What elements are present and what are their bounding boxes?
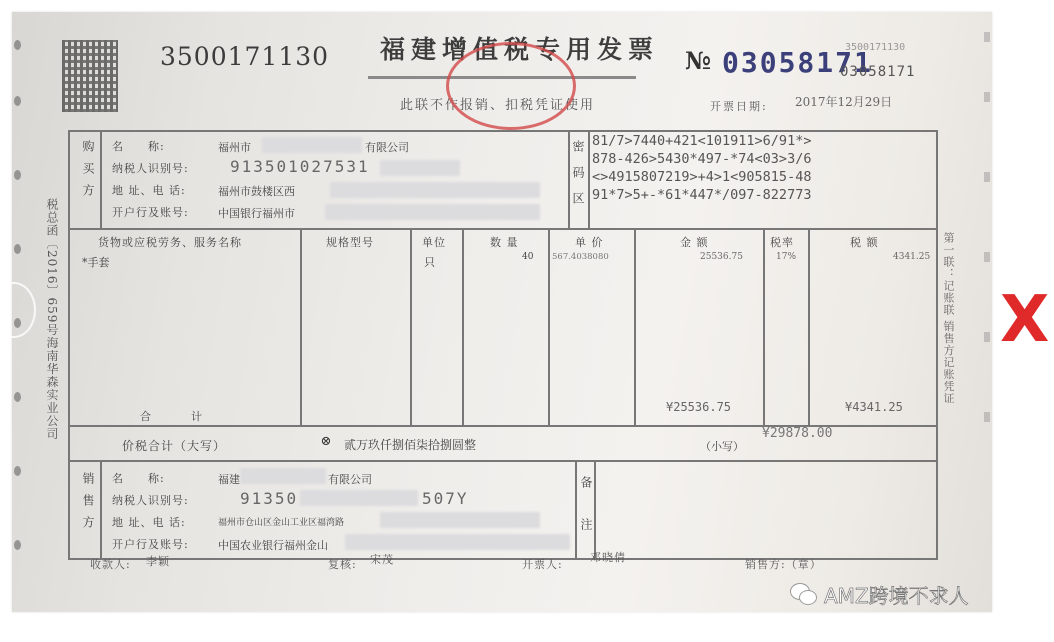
date-value: 2017年12月29日 [795, 93, 892, 110]
redaction [300, 490, 418, 506]
side-print-note: 税总函〔2016〕659号海南华森实业公司 [44, 198, 61, 440]
watermark-text: AMZ跨境不求人 [824, 580, 969, 609]
watermark: AMZ跨境不求人 [790, 580, 969, 609]
divider [100, 460, 102, 560]
total-tax: ¥4341.25 [845, 400, 903, 414]
seller-name-suffix: 有限公司 [328, 471, 372, 487]
grand-total-lower-label: （小写） [700, 438, 744, 454]
copy-type-note: 第一联：记账联 销售方记账凭证 [940, 232, 956, 405]
header-unit: 单位 [422, 234, 446, 250]
issuer-label: 开票人: [522, 556, 563, 572]
item-tax-rate: 17% [776, 252, 796, 262]
seller-name-prefix: 福建 [218, 471, 240, 487]
divider [300, 228, 302, 426]
reviewer-value: 宋茂 [370, 551, 394, 567]
divider [575, 460, 577, 560]
redaction [240, 468, 326, 484]
perforation-right [982, 12, 992, 612]
number-sign: № [685, 46, 711, 75]
redaction [262, 137, 362, 153]
date-label: 开票日期: [710, 98, 768, 114]
buyer-tax-id-label: 纳税人识别号: [112, 160, 189, 176]
header-tax-rate: 税率 [770, 234, 794, 250]
seller-name-label: 名 称: [112, 470, 165, 486]
header-quantity: 数 量 [490, 234, 519, 250]
divider [100, 130, 102, 228]
divider [68, 460, 938, 462]
buyer-name-suffix: 有限公司 [365, 139, 409, 155]
item-tax: 4341.25 [893, 252, 930, 262]
redaction [330, 182, 540, 198]
item-amount: 25536.75 [700, 252, 743, 262]
seller-bank-label: 开户行及账号: [112, 536, 189, 552]
divider [588, 130, 590, 228]
redaction [345, 534, 570, 550]
item-name: *手套 [82, 254, 110, 270]
invoice-small-number: 03058171 [840, 64, 915, 80]
seller-stamp-label: 销售方:（章） [745, 556, 822, 572]
seller-section-label: 销售方 [80, 472, 97, 538]
remarks-label: 备注 [578, 476, 595, 560]
qr-code [62, 40, 118, 112]
header-amount: 金 额 [680, 234, 709, 250]
redaction [380, 512, 540, 528]
invoice-small-code: 3500171130 [845, 42, 905, 53]
redaction [380, 160, 460, 176]
total-label: 合 计 [140, 408, 208, 424]
seller-tax-id-prefix: 91350 [240, 489, 298, 508]
invoice-code: 3500171130 [160, 42, 329, 71]
seller-address-label: 地 址、电 话: [112, 514, 186, 530]
reject-mark: X [1000, 288, 1049, 352]
header-tax: 税 额 [850, 234, 879, 250]
seller-tax-id-label: 纳税人识别号: [112, 492, 189, 508]
divider [548, 228, 550, 426]
buyer-tax-id: 913501027531 [230, 157, 370, 176]
cipher-section-label: 密码区 [570, 140, 587, 218]
divider [462, 228, 464, 426]
reviewer-label: 复核: [328, 556, 357, 572]
buyer-address: 福州市鼓楼区西 [218, 183, 295, 199]
buyer-bank: 中国银行福州市 [218, 205, 295, 221]
header-spec: 规格型号 [326, 234, 374, 250]
divider [410, 228, 412, 426]
grand-total-lower-value: ¥29878.00 [762, 426, 832, 441]
cipher-area: 81/7>7440+421<101911>6/91*> 878-426>5430… [592, 132, 811, 204]
circle-cross-icon: ⊗ [318, 434, 334, 449]
payee-label: 收款人: [90, 556, 131, 572]
issuer-value: 邓晓倩 [590, 549, 626, 565]
item-unit-price: 567.4038080 [552, 252, 609, 262]
redaction [325, 204, 540, 220]
divider [763, 228, 765, 426]
buyer-section-label: 购买方 [80, 140, 97, 206]
header-unit-price: 单 价 [575, 234, 604, 250]
grand-total-upper-value: 贰万玖仟捌佰柒拾捌圆整 [344, 436, 476, 453]
grand-total-upper-label: 价税合计（大写） [122, 437, 226, 454]
buyer-name-prefix: 福州市 [218, 139, 251, 155]
seller-tax-id-suffix: 507Y [422, 489, 469, 508]
wechat-icon [790, 583, 818, 607]
seller-bank: 中国农业银行福州金山 [218, 537, 328, 553]
buyer-bank-label: 开户行及账号: [112, 204, 189, 220]
divider [808, 228, 810, 426]
buyer-name-label: 名 称: [112, 138, 165, 154]
total-amount: ¥25536.75 [666, 400, 731, 414]
buyer-address-label: 地 址、电 话: [112, 182, 186, 198]
supervision-stamp [446, 42, 576, 130]
seller-address: 福州市仓山区金山工业区福湾路 [218, 515, 344, 528]
item-unit: 只 [424, 254, 435, 270]
payee-value: 李颖 [146, 553, 170, 569]
item-quantity: 40 [522, 252, 533, 262]
divider [634, 228, 636, 426]
header-item-name: 货物或应税劳务、服务名称 [98, 234, 242, 250]
